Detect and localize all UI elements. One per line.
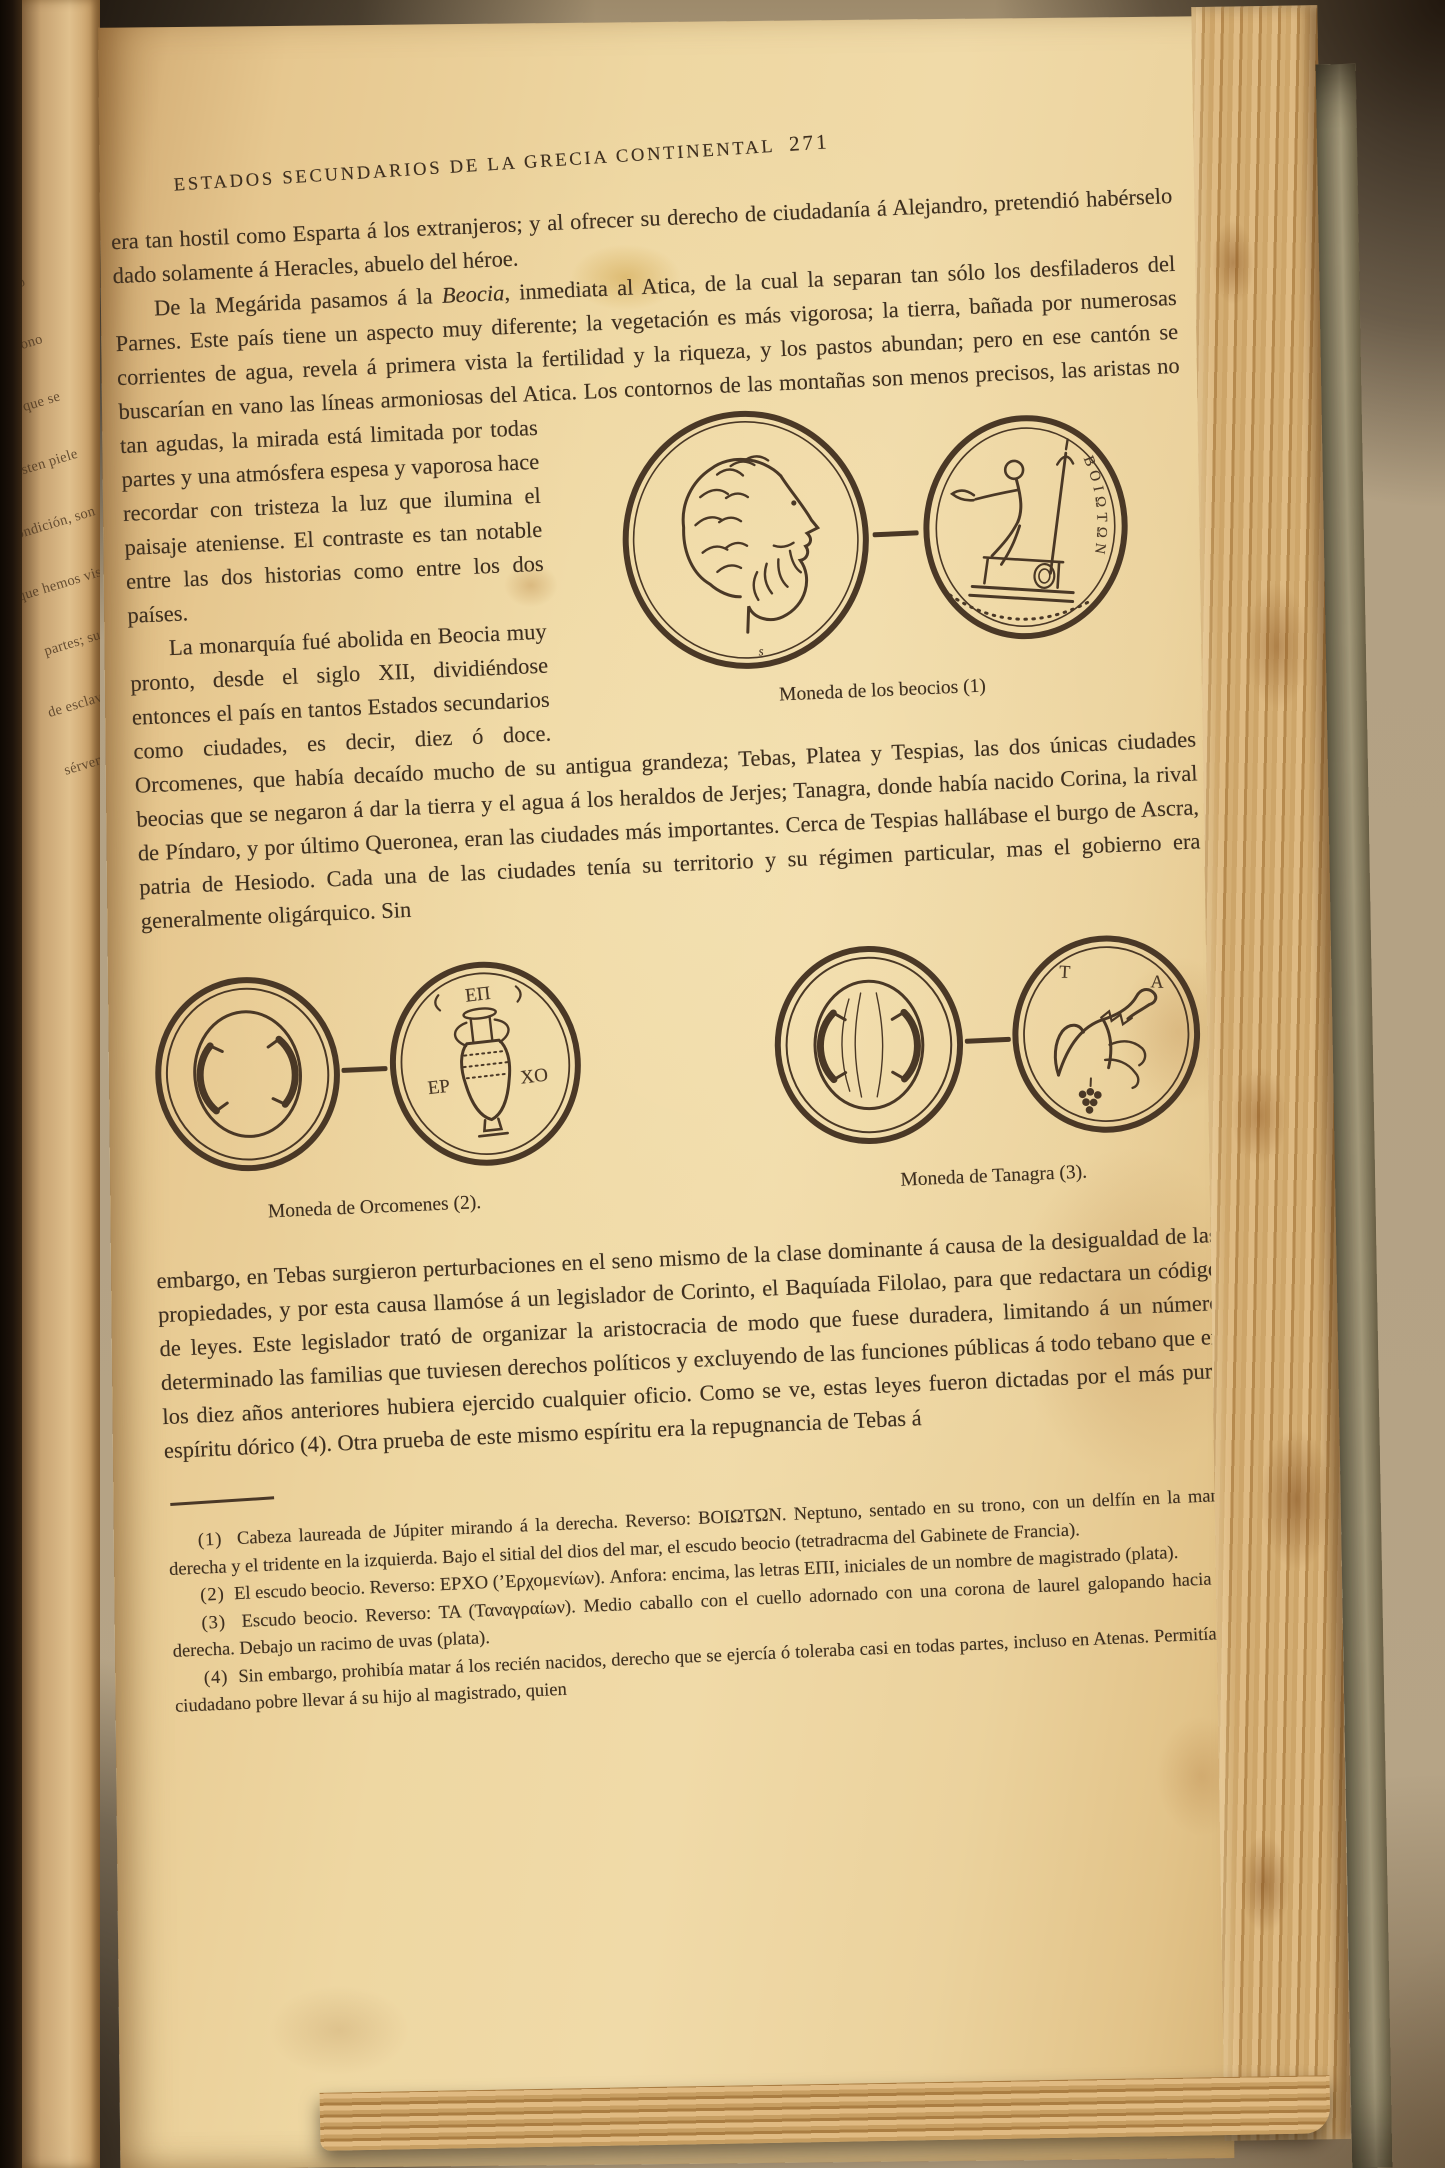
page-content: ESTADOS SECUNDARIOS DE LA GRECIA CONTINE… xyxy=(108,117,1237,1721)
svg-text:Α: Α xyxy=(1150,971,1164,992)
paragraph: embargo, en Tebas surgieron perturbacion… xyxy=(156,1218,1226,1468)
italic-term: Beocia xyxy=(441,280,504,308)
boeotian-shield-coin-illustration xyxy=(142,964,352,1183)
svg-text:Τ: Τ xyxy=(1059,962,1071,982)
coin-pair: s xyxy=(559,387,1192,682)
boeotian-shield-coin-illustration xyxy=(770,941,968,1149)
figure-tanagra-coins: Τ Α Moneda de Tanagra (3). xyxy=(766,926,1211,1207)
previous-page-edge: ÉDICAS (11041).» Tambiény dura creencias… xyxy=(20,0,100,2168)
figure-caption: Moneda de Tanagra (3). xyxy=(776,1150,1211,1203)
coin-connector-bar xyxy=(873,530,919,537)
footnote-number: (4) xyxy=(203,1667,228,1688)
page-number: 271 xyxy=(788,124,831,161)
amphora-coin-illustration: ΕΠ ΕΡ ΧΟ xyxy=(374,947,597,1180)
coin-pair: ΕΠ ΕΡ ΧΟ xyxy=(147,953,590,1184)
running-header-title: ESTADOS SECUNDARIOS DE LA GRECIA CONTINE… xyxy=(173,130,777,203)
jupiter-head-coin-illustration: s xyxy=(611,400,880,679)
running-header: ESTADOS SECUNDARIOS DE LA GRECIA CONTINE… xyxy=(108,124,831,207)
footnote-number: (3) xyxy=(201,1612,226,1633)
coin-connector-bar xyxy=(965,1036,1011,1043)
footnote-separator-rule xyxy=(170,1496,274,1506)
coin-connector-bar xyxy=(341,1066,387,1073)
svg-text:s: s xyxy=(758,644,764,658)
book-photograph: ÉDICAS (11041).» Tambiény dura creencias… xyxy=(0,0,1445,2168)
figure-boeotian-coins: s xyxy=(559,387,1194,718)
book-page: ESTADOS SECUNDARIOS DE LA GRECIA CONTINE… xyxy=(98,16,1234,2168)
figure-caption: Moneda de Orcomenes (2). xyxy=(157,1181,592,1234)
previous-page-text-fragments: ÉDICAS (11041).» Tambiény dura creencias… xyxy=(20,81,100,1540)
svg-text:ΕΠ: ΕΠ xyxy=(464,983,492,1007)
footnote-number: (2) xyxy=(200,1585,225,1606)
footnote-number: (1) xyxy=(197,1530,222,1551)
neptune-seated-coin-illustration: ΒΟΙΩΤΩΝ xyxy=(910,404,1142,651)
footnotes-block: (1) Cabeza laureada de Júpiter mirando á… xyxy=(167,1483,1236,1722)
gutter-shadow xyxy=(0,0,22,2168)
paragraph: De la Megárida pasamos á la Beocia, inme… xyxy=(113,247,1189,633)
svg-text:ΧΟ: ΧΟ xyxy=(519,1065,549,1089)
half-horse-coin-illustration: Τ Α xyxy=(1004,926,1209,1142)
paper-stain xyxy=(269,1985,410,2076)
svg-text:ΕΡ: ΕΡ xyxy=(427,1076,451,1099)
figure-orchomenos-coins: ΕΠ ΕΡ ΧΟ Moneda de Orcomenes (2). xyxy=(147,953,592,1234)
coin-figures-row: ΕΠ ΕΡ ΧΟ Moneda de Orcomenes (2). xyxy=(147,926,1211,1234)
coin-pair: Τ Α xyxy=(766,926,1209,1153)
